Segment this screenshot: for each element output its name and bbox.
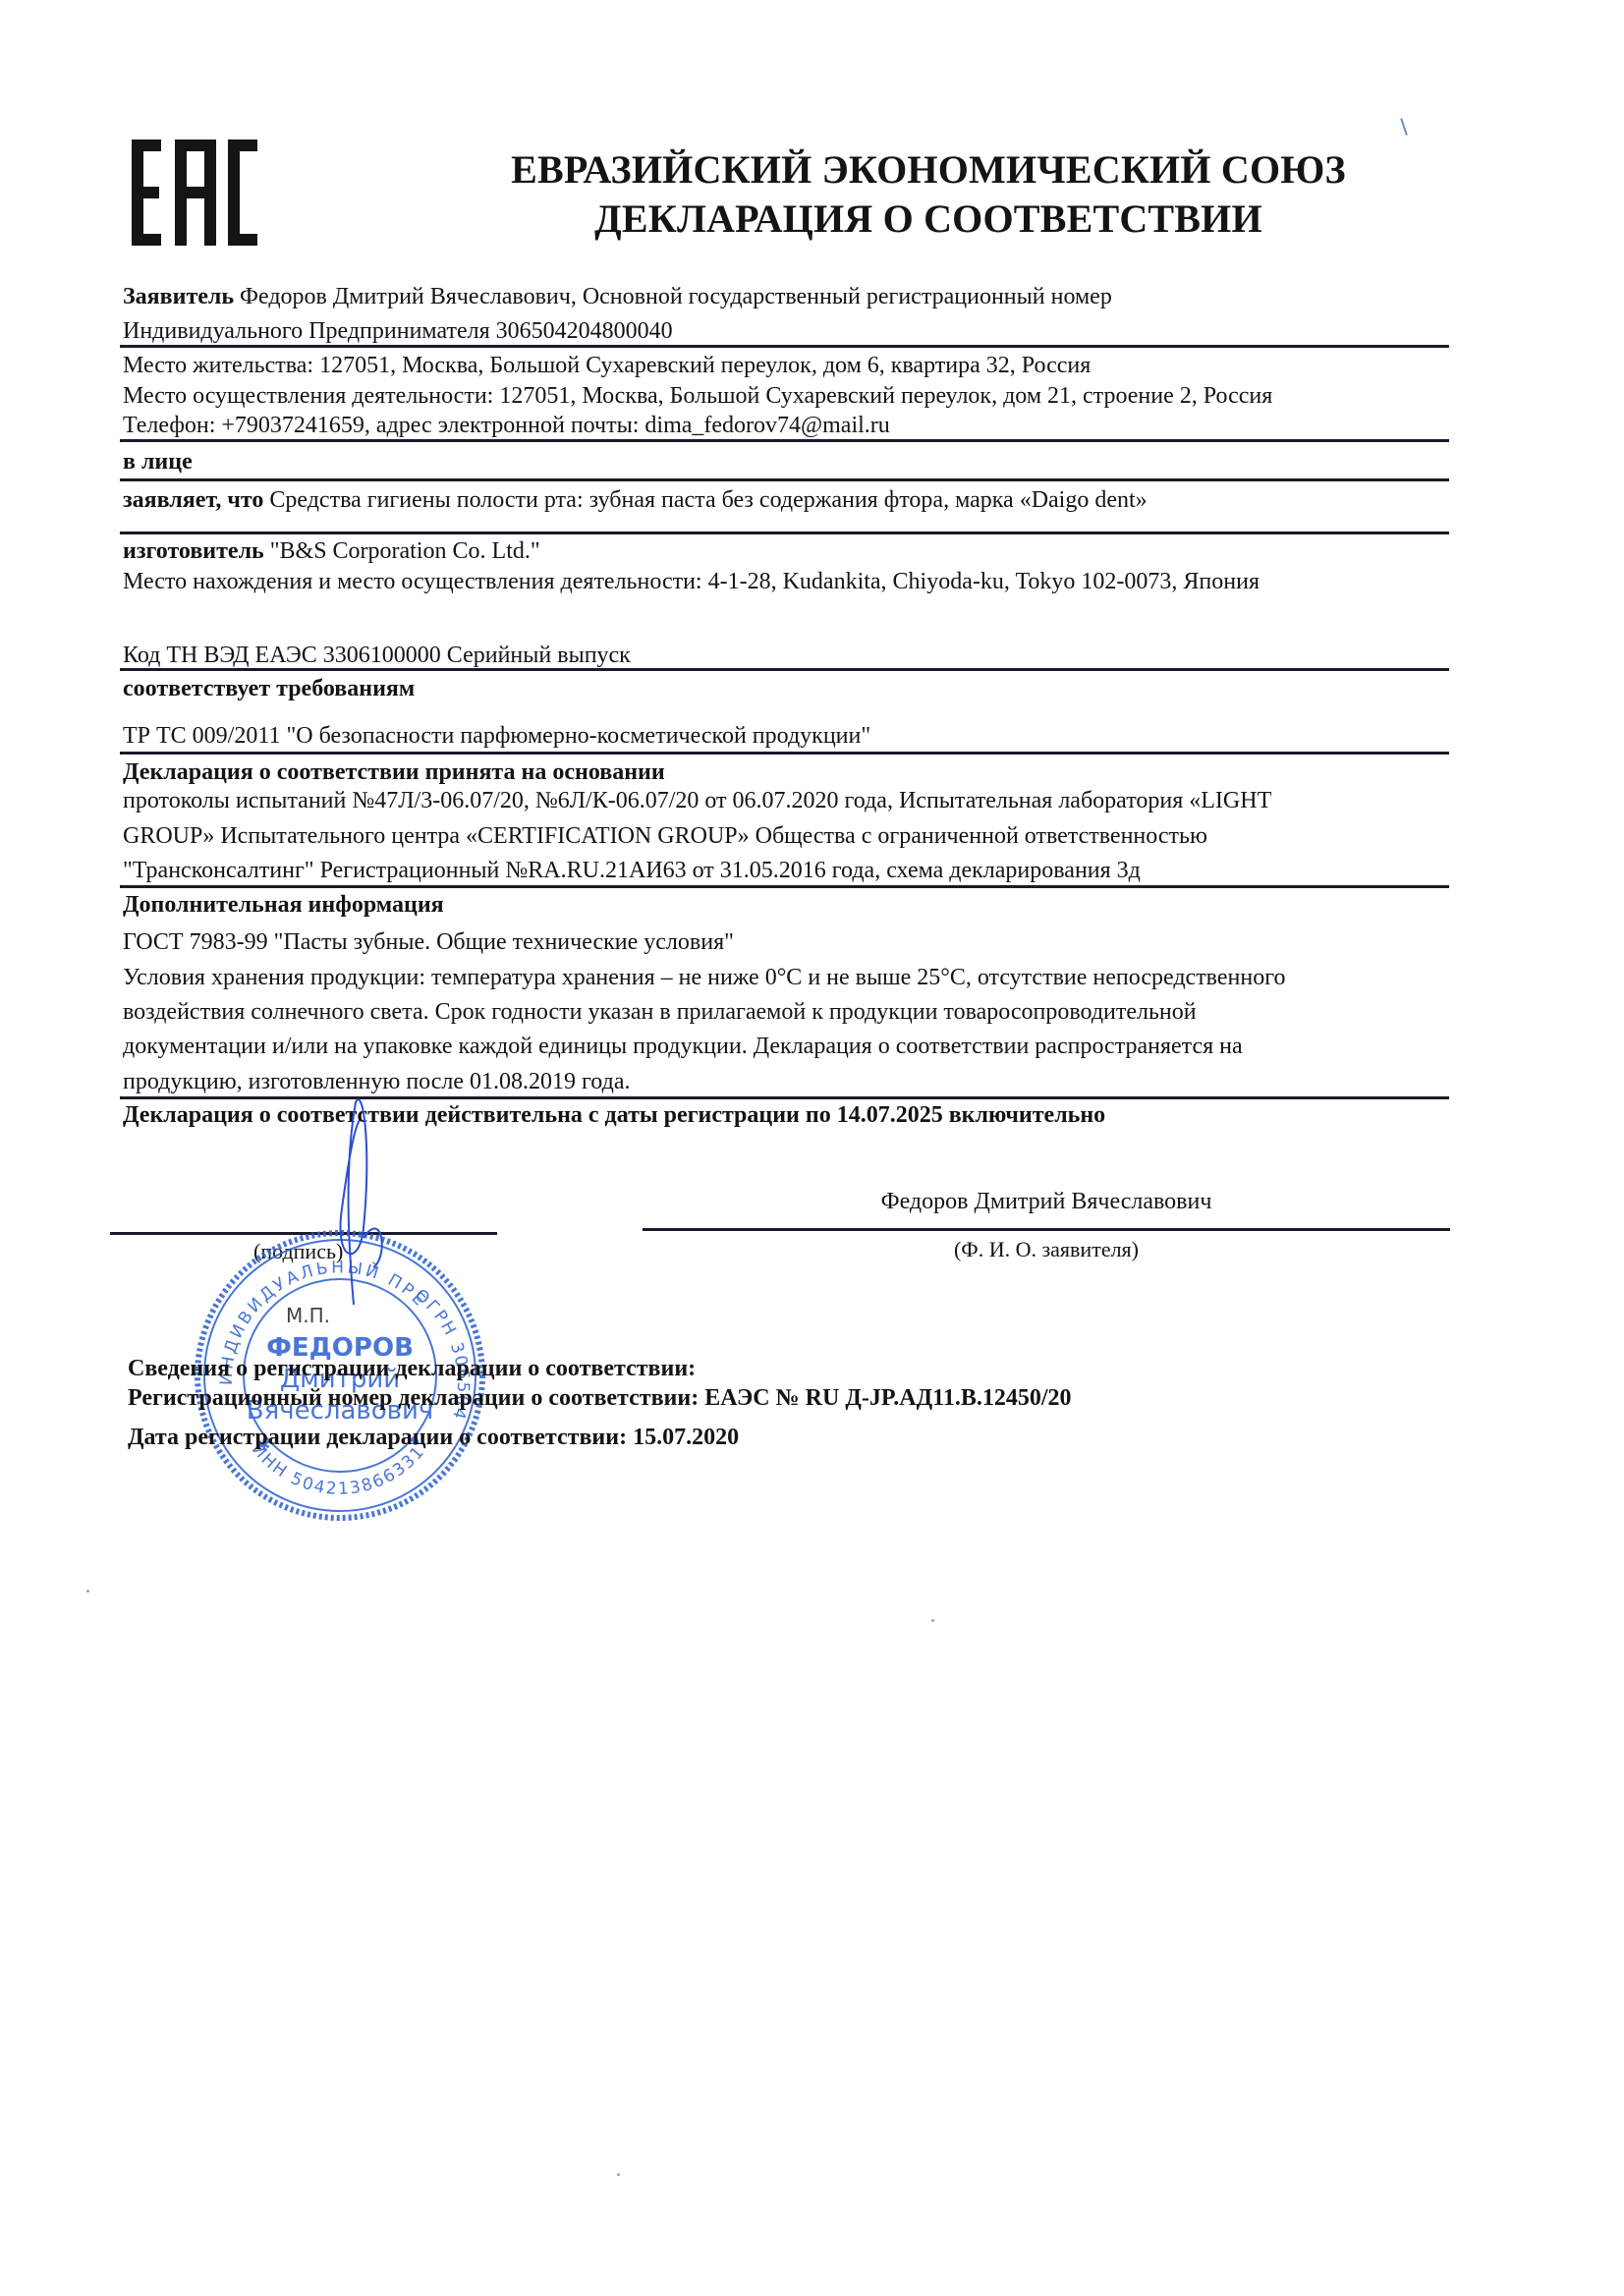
scan-mark	[1400, 118, 1407, 136]
manufacturer-line: изготовитель "B&S Corporation Co. Ltd."	[123, 536, 1449, 566]
registration-date-label: Дата регистрации декларации о соответств…	[128, 1425, 627, 1450]
title-declaration: ДЕКЛАРАЦИЯ О СООТВЕТСТВИИ	[413, 195, 1444, 244]
basis-line3: "Трансконсалтинг" Регистрационный №RA.RU…	[123, 856, 1449, 885]
manufacturer-name: "B&S Corporation Co. Ltd."	[270, 538, 540, 564]
basis-line1: протоколы испытаний №47Л/3-06.07/20, №6Л…	[123, 786, 1449, 815]
additional-line3: документации и/или на упаковке каждой ед…	[123, 1032, 1449, 1061]
requirements-text: ТР ТС 009/2011 "О безопасности парфюмерн…	[123, 721, 1449, 751]
applicant-label: Заявитель	[123, 284, 234, 309]
eac-logo-icon	[130, 138, 259, 248]
divider	[120, 345, 1449, 348]
divider	[120, 885, 1449, 888]
additional-line1: Условия хранения продукции: температура …	[123, 963, 1449, 992]
name-line	[643, 1228, 1450, 1231]
additional-line2: воздействия солнечного света. Срок годно…	[123, 997, 1449, 1027]
divider	[120, 668, 1449, 671]
name-caption: (Ф. И. О. заявителя)	[643, 1236, 1450, 1263]
manufacturer-address: Место нахождения и место осуществления д…	[123, 567, 1449, 596]
applicant-full-name: Федоров Дмитрий Вячеславович	[643, 1187, 1450, 1216]
document-title: ЕВРАЗИЙСКИЙ ЭКОНОМИЧЕСКИЙ СОЮЗ ДЕКЛАРАЦИ…	[413, 145, 1444, 244]
additional-label: Дополнительная информация	[123, 890, 1449, 920]
divider	[120, 478, 1449, 481]
handwritten-signature	[295, 1091, 413, 1307]
registration-heading: Сведения о регистрации декларации о соот…	[128, 1354, 696, 1383]
scan-speck	[931, 1619, 934, 1622]
product-description: Средства гигиены полости рта: зубная пас…	[269, 487, 1147, 513]
declaration-page: ЕВРАЗИЙСКИЙ ЭКОНОМИЧЕСКИЙ СОЮЗ ДЕКЛАРАЦИ…	[0, 0, 1624, 2296]
divider	[120, 752, 1449, 755]
additional-gost: ГОСТ 7983-99 "Пасты зубные. Общие технич…	[123, 927, 1449, 957]
title-union: ЕВРАЗИЙСКИЙ ЭКОНОМИЧЕСКИЙ СОЮЗ	[413, 145, 1444, 195]
registration-date-line: Дата регистрации декларации о соответств…	[128, 1423, 739, 1452]
registration-number-label: Регистрационный номер декларации о соотв…	[128, 1385, 699, 1411]
applicant-residence: Место жительства: 127051, Москва, Большо…	[123, 351, 1449, 380]
manufacturer-label: изготовитель	[123, 538, 264, 564]
applicant-line1: Заявитель Федоров Дмитрий Вячеславович, …	[123, 282, 1449, 311]
declares-label: заявляет, что	[123, 487, 263, 513]
scan-speck	[86, 1590, 89, 1593]
svg-text:М.П.: М.П.	[286, 1304, 330, 1327]
applicant-contacts: Телефон: +79037241659, адрес электронной…	[123, 411, 1449, 440]
scan-speck	[617, 2173, 620, 2176]
applicant-line2: Индивидуального Предпринимателя 30650420…	[123, 316, 1449, 346]
tn-ved-code: Код ТН ВЭД ЕАЭС 3306100000 Серийный выпу…	[123, 641, 1449, 670]
applicant-name: Федоров Дмитрий Вячеславович, Основной г…	[240, 284, 1112, 309]
declares-line: заявляет, что Средства гигиены полости р…	[123, 485, 1449, 515]
basis-label: Декларация о соответствии принята на осн…	[123, 757, 1449, 787]
in-person-label: в лице	[123, 447, 1449, 476]
applicant-activity-place: Место осуществления деятельности: 127051…	[123, 381, 1449, 411]
divider	[120, 532, 1449, 534]
basis-line2: GROUP» Испытательного центра «CERTIFICAT…	[123, 821, 1449, 851]
requirements-label: соответствует требованиям	[123, 674, 1449, 703]
registration-number-line: Регистрационный номер декларации о соотв…	[128, 1383, 1072, 1413]
registration-date-value: 15.07.2020	[633, 1425, 739, 1450]
registration-number-value: ЕАЭС № RU Д-JP.АД11.В.12450/20	[704, 1385, 1071, 1411]
divider	[120, 439, 1449, 442]
